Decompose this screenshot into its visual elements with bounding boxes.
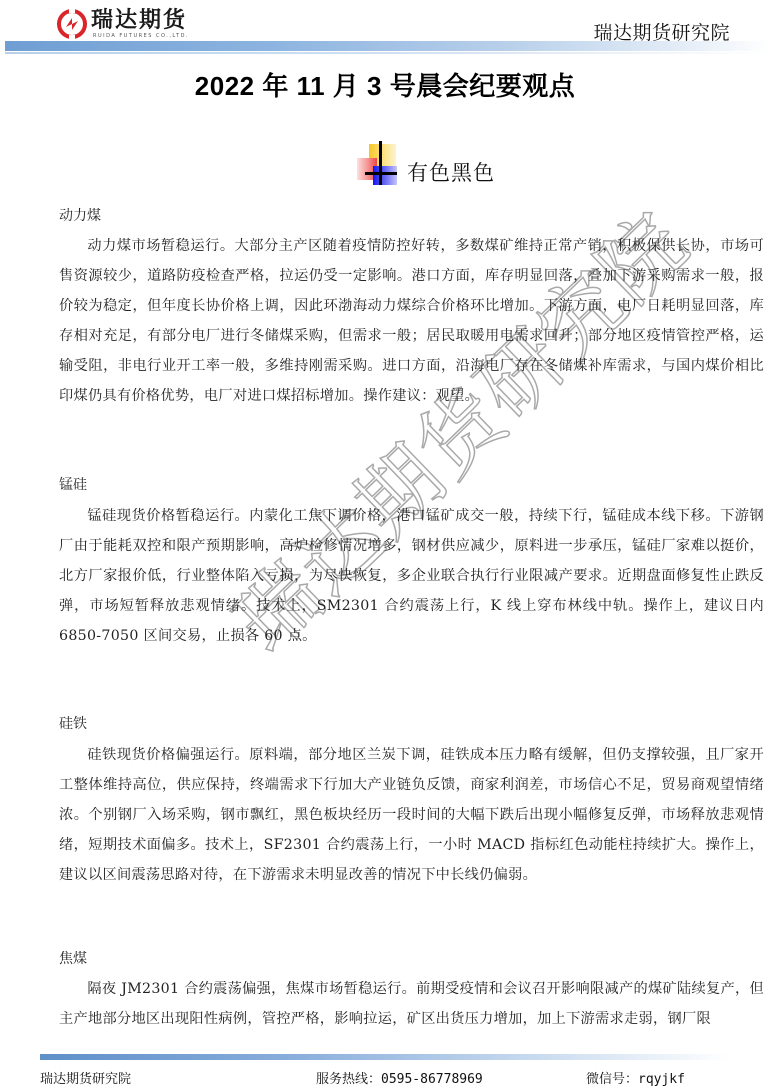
document-title: 2022 年 11 月 3 号晨会纪要观点 bbox=[0, 66, 770, 103]
colored-blocks-crosshair-icon bbox=[355, 141, 407, 189]
logo-english-name: RUIDA FUTURES CO.,LTD. bbox=[93, 33, 189, 39]
paragraph-silicomanganese: 锰硅现货价格暂稳运行。内蒙化工焦下调价格，港口锰矿成交一般，持续下行，锰硅成本线… bbox=[59, 501, 764, 651]
paragraph-coking-coal: 隔夜 JM2301 合约震荡偏强，焦煤市场暂稳运行。前期受疫情和会议召开影响限减… bbox=[59, 974, 764, 1034]
paragraph-ferrosilicon: 硅铁现货价格偏强运行。原料端，部分地区兰炭下调，硅铁成本压力略有缓解，但仍支撑较… bbox=[59, 740, 764, 890]
section-heading: 有色黑色 bbox=[355, 140, 495, 190]
footer-institute-name: 瑞达期货研究院 bbox=[40, 1068, 131, 1087]
logo-chinese-name: 瑞达期货 bbox=[91, 9, 189, 33]
ruida-logo-icon bbox=[57, 9, 87, 39]
category-label-silicomanganese: 锰硅 bbox=[59, 474, 87, 494]
page-header: 瑞达期货 RUIDA FUTURES CO.,LTD. 瑞达期货研究院 bbox=[0, 0, 770, 60]
page-footer: 瑞达期货研究院 服务热线：0595-86778969 微信号：rqyjkf bbox=[0, 1068, 770, 1088]
footer-wechat: 微信号：rqyjkf bbox=[586, 1068, 685, 1087]
header-divider-bar bbox=[5, 41, 770, 51]
company-logo: 瑞达期货 RUIDA FUTURES CO.,LTD. bbox=[57, 6, 189, 42]
category-label-ferrosilicon: 硅铁 bbox=[59, 713, 87, 733]
category-label-coking-coal: 焦煤 bbox=[59, 948, 87, 968]
header-divider-line bbox=[5, 52, 770, 54]
footer-divider-bar bbox=[40, 1054, 730, 1060]
footer-hotline: 服务热线：0595-86778969 bbox=[316, 1068, 483, 1087]
paragraph-thermal-coal: 动力煤市场暂稳运行。大部分主产区随着疫情防控好转，多数煤矿维持正常产销，积极保供… bbox=[59, 231, 764, 411]
category-label-thermal-coal: 动力煤 bbox=[59, 205, 101, 225]
section-title: 有色黑色 bbox=[407, 157, 495, 187]
